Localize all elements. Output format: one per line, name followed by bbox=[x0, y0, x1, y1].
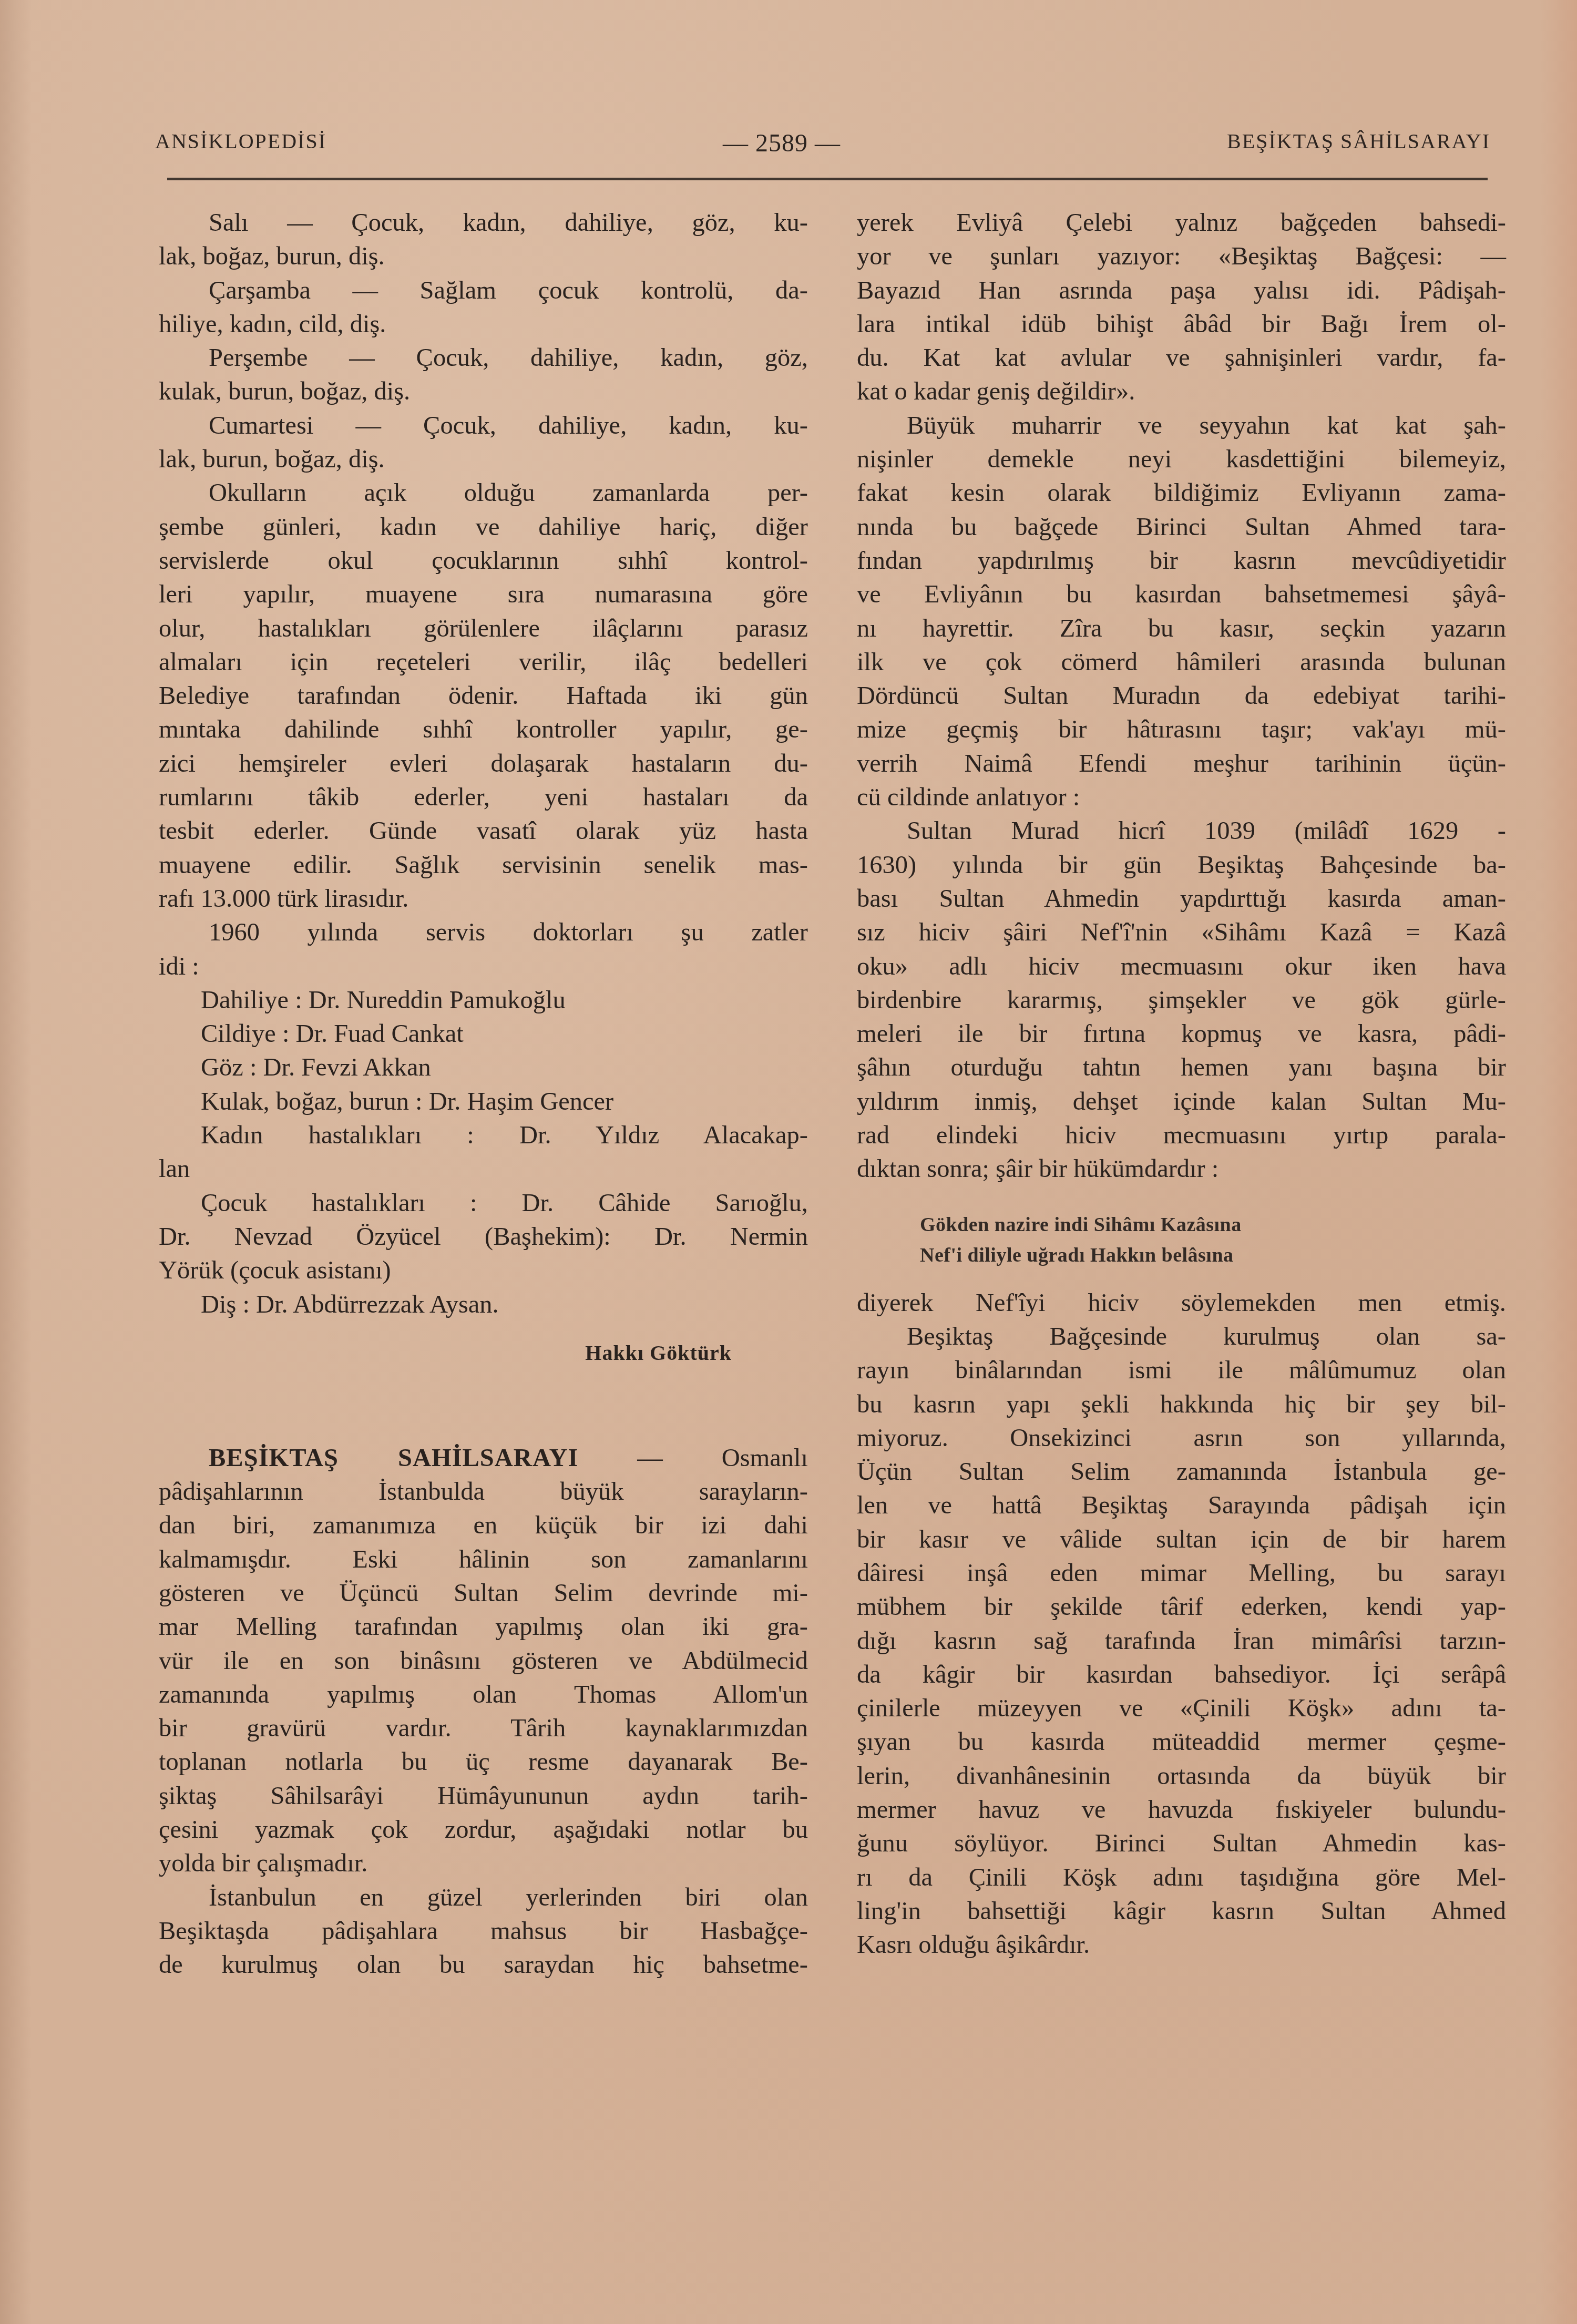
text-line: rumlarını tâkib ederler, yeni hastaları … bbox=[159, 781, 808, 814]
paragraph-school-checks: Okulların açık olduğu zamanlarda per- şe… bbox=[159, 476, 808, 916]
text-line: lara intikal idüb bihişt âbâd bir Bağı İ… bbox=[857, 308, 1506, 341]
text-line: Beşiktaşda pâdişahlara mahsus bir Hasbağ… bbox=[159, 1915, 808, 1948]
doctor-entry: Cildiye : Dr. Fuad Cankat bbox=[159, 1017, 808, 1051]
paragraph-sultan-murad: Sultan Murad hicrî 1039 (milâdî 1629 - 1… bbox=[857, 814, 1506, 1186]
doctor-entry-continued: Dr. Nevzad Özyücel (Başhekim): Dr. Nermi… bbox=[159, 1220, 808, 1254]
text-line: pâdişahlarının İstanbulda büyük saraylar… bbox=[159, 1475, 808, 1509]
text-line: ğunu söylüyor. Birinci Sultan Ahmedin ka… bbox=[857, 1827, 1506, 1860]
text-line: sız hiciv şâiri Nef'î'nin «Sihâmı Kazâ =… bbox=[857, 916, 1506, 949]
text-line: Cumartesi — Çocuk, dahiliye, kadın, ku- bbox=[159, 409, 808, 443]
doctor-entry: Diş : Dr. Abdürrezzak Aysan. bbox=[159, 1288, 808, 1322]
text-line: şâhın oturduğu tahtın hemen yanı başına … bbox=[857, 1051, 1506, 1084]
text-line: idi : bbox=[159, 950, 808, 984]
text-line: rı da Çinili Köşk adını taşıdığına göre … bbox=[857, 1861, 1506, 1895]
text-line: Sultan Murad hicrî 1039 (milâdî 1629 - bbox=[857, 814, 1506, 848]
text-line: fından yapdırılmış bir kasrın mevcûdiyet… bbox=[857, 544, 1506, 578]
text-line: şıyan bu kasırda müteaddid mermer çeşme- bbox=[857, 1725, 1506, 1759]
text-line: kalmamışdır. Eski hâlinin son zamanların… bbox=[159, 1543, 808, 1576]
text-line: rafı 13.000 türk lirasıdır. bbox=[159, 882, 808, 916]
text-line: şiktaş Sâhilsarâyi Hümâyununun aydın tar… bbox=[159, 1779, 808, 1813]
entry-besiktas-sahilsarayi: BEŞİKTAŞ SAHİLSARAYI — Osmanlı pâdişahla… bbox=[159, 1441, 808, 1881]
paragraph-author-comment: Büyük muharrir ve seyyahın kat kat şah- … bbox=[857, 409, 1506, 815]
paragraph-doctors-intro: 1960 yılında servis doktorları şu zatler… bbox=[159, 916, 808, 984]
text-line: leri yapılır, muayene sıra numarasına gö… bbox=[159, 578, 808, 611]
text-line: Beşiktaş Bağçesinde kurulmuş olan sa- bbox=[857, 1320, 1506, 1354]
text-line: toplanan notlarla bu üç resme dayanarak … bbox=[159, 1745, 808, 1779]
text-line: nişinler demekle neyi kasdettiğini bilem… bbox=[857, 443, 1506, 476]
entry-title: BEŞİKTAŞ SAHİLSARAYI bbox=[209, 1444, 578, 1472]
text-line: bu kasrın yapı şekli hakkında hiç bir şe… bbox=[857, 1388, 1506, 1421]
text-line: Dördüncü Sultan Muradın da edebiyat tari… bbox=[857, 679, 1506, 713]
page-number: — 2589 — bbox=[723, 129, 841, 158]
text-line: du. Kat kat avlular ve şahnişinleri vard… bbox=[857, 341, 1506, 375]
text-line: Kasrı olduğu âşikârdır. bbox=[857, 1928, 1506, 1962]
paragraph-melling: Beşiktaş Bağçesinde kurulmuş olan sa- ra… bbox=[857, 1320, 1506, 1962]
doctor-list: Dahiliye : Dr. Nureddin Pamukoğlu Cildiy… bbox=[159, 984, 808, 1322]
text-line: lak, boğaz, burun, diş. bbox=[159, 240, 808, 273]
text-line: yıldırım inmiş, dehşet içinde kalan Sult… bbox=[857, 1085, 1506, 1119]
entry-title-rest: — Osmanlı bbox=[578, 1444, 808, 1472]
text-line: oku» adlı hiciv mecmuasını okur iken hav… bbox=[857, 950, 1506, 984]
text-line: tesbit ederler. Günde vasatî olarak yüz … bbox=[159, 814, 808, 848]
verse-line: Gökden nazire indi Sihâmı Kazâsına bbox=[857, 1210, 1506, 1240]
text-line: Salı — Çocuk, kadın, dahiliye, göz, ku- bbox=[159, 206, 808, 240]
text-line: 1960 yılında servis doktorları şu zatler bbox=[159, 916, 808, 949]
text-line: mermer havuz ve havuzda fıskiyeler bulun… bbox=[857, 1793, 1506, 1827]
text-line: vür ile en son binâsını gösteren ve Abdü… bbox=[159, 1644, 808, 1678]
text-line: yor ve şunları yazıyor: «Beşiktaş Bağçes… bbox=[857, 240, 1506, 273]
text-line: almaları için reçeteleri verilir, ilâç b… bbox=[159, 646, 808, 679]
text-line: Büyük muharrir ve seyyahın kat kat şah- bbox=[857, 409, 1506, 443]
entry-first-line: BEŞİKTAŞ SAHİLSARAYI — Osmanlı bbox=[159, 1441, 808, 1475]
paragraph-istanbul: İstanbulun en güzel yerlerinden biri ola… bbox=[159, 1881, 808, 1982]
text-line: kulak, burun, boğaz, diş. bbox=[159, 375, 808, 408]
doctor-entry-continued: Yörük (çocuk asistanı) bbox=[159, 1254, 808, 1287]
clinic-schedule: Salı — Çocuk, kadın, dahiliye, göz, ku- … bbox=[159, 206, 808, 476]
text-line: Perşembe — Çocuk, dahiliye, kadın, göz, bbox=[159, 341, 808, 375]
text-line: ilk ve çok cömerd hâmileri arasında bulu… bbox=[857, 646, 1506, 679]
text-line: çinilerle müzeyyen ve «Çinili Köşk» adın… bbox=[857, 1692, 1506, 1725]
text-line: zamanında yapılmış olan Thomas Allom'un bbox=[159, 1678, 808, 1712]
text-line: rayın binâlarından ismi ile mâlûmumuz ol… bbox=[857, 1354, 1506, 1387]
text-line: servislerde okul çocuklarının sıhhî kont… bbox=[159, 544, 808, 578]
encyclopedia-page: ANSİKLOPEDİSİ — 2589 — BEŞİKTAŞ SÂHİLSAR… bbox=[0, 0, 1577, 2324]
text-line: yolda bir çalışmadır. bbox=[159, 1847, 808, 1880]
verse-couplet: Gökden nazire indi Sihâmı Kazâsına Nef'i… bbox=[857, 1210, 1506, 1271]
text-line: dıktan sonra; şâir bir hükümdardır : bbox=[857, 1152, 1506, 1186]
text-line: fakat kesin olarak bildiğimiz Evliyanın … bbox=[857, 476, 1506, 510]
right-column: yerek Evliyâ Çelebi yalnız bağçeden bahs… bbox=[857, 206, 1506, 1962]
text-line: zici hemşireler evleri dolaşarak hastala… bbox=[159, 747, 808, 781]
text-line: meleri ile bir fırtına kopmuş ve kasra, … bbox=[857, 1017, 1506, 1051]
text-line: yerek Evliyâ Çelebi yalnız bağçeden bahs… bbox=[857, 206, 1506, 240]
text-line: Çarşamba — Sağlam çocuk kontrolü, da- bbox=[159, 274, 808, 308]
text-line: de kurulmuş olan bu saraydan hiç bahsetm… bbox=[159, 1948, 808, 1982]
text-line: ve Evliyânın bu kasırdan bahsetmemesi şâ… bbox=[857, 578, 1506, 611]
text-line: nı hayrettir. Zîra bu kasır, seçkin yaza… bbox=[857, 612, 1506, 646]
text-line: hiliye, kadın, cild, diş. bbox=[159, 308, 808, 341]
doctor-entry: Dahiliye : Dr. Nureddin Pamukoğlu bbox=[159, 984, 808, 1017]
doctor-entry: Kadın hastalıkları : Dr. Yıldız Alacakap… bbox=[159, 1119, 808, 1152]
text-line: rad elindeki hiciv mecmuasını yırtıp par… bbox=[857, 1119, 1506, 1152]
text-line: şembe günleri, kadın ve dahiliye hariç, … bbox=[159, 510, 808, 544]
verse-line: Nef'i diliyle uğradı Hakkın belâsına bbox=[857, 1240, 1506, 1271]
text-line: çesini yazmak çok zordur, aşağıdaki notl… bbox=[159, 1813, 808, 1847]
header-entry-title: BEŞİKTAŞ SÂHİLSARAYI bbox=[1227, 129, 1490, 153]
doctor-entry: Çocuk hastalıkları : Dr. Câhide Sarıoğlu… bbox=[159, 1186, 808, 1220]
text-line: cü cildinde anlatıyor : bbox=[857, 781, 1506, 814]
text-line: Belediye tarafından ödenir. Haftada iki … bbox=[159, 679, 808, 713]
paragraph-evliya-quote: yerek Evliyâ Çelebi yalnız bağçeden bahs… bbox=[857, 206, 1506, 409]
text-line: 1630) yılında bir gün Beşiktaş Bahçesind… bbox=[857, 848, 1506, 882]
text-line: bir gravürü vardır. Târih kaynaklarımızd… bbox=[159, 1712, 808, 1745]
text-line: kat o kadar geniş değildir». bbox=[857, 375, 1506, 408]
text-line: Bayazıd Han asrında paşa yalısı idi. Pâd… bbox=[857, 274, 1506, 308]
doctor-entry: Kulak, boğaz, burun : Dr. Haşim Gencer bbox=[159, 1085, 808, 1119]
doctor-entry: Göz : Dr. Fevzi Akkan bbox=[159, 1051, 808, 1084]
text-line: nında bu bağçede Birinci Sultan Ahmed ta… bbox=[857, 510, 1506, 544]
text-line: lak, burun, boğaz, diş. bbox=[159, 443, 808, 476]
text-line: bası Sultan Ahmedin yapdırttığı kasırda … bbox=[857, 882, 1506, 916]
text-line: mıntaka dahilinde sıhhî kontroller yapıl… bbox=[159, 713, 808, 746]
text-line: mize geçmiş bir hâtırasını taşır; vak'ay… bbox=[857, 713, 1506, 746]
text-line-after-verse: diyerek Nef'îyi hiciv söylemekden men et… bbox=[857, 1286, 1506, 1320]
text-line: da kâgir bir kasırdan bahsediyor. İçi se… bbox=[857, 1658, 1506, 1692]
text-line: olur, hastalıkları görülenlere ilâçların… bbox=[159, 612, 808, 646]
text-line: İstanbulun en güzel yerlerinden biri ola… bbox=[159, 1881, 808, 1915]
left-column: Salı — Çocuk, kadın, dahiliye, göz, ku- … bbox=[159, 206, 808, 1982]
text-line: mübhem bir şekilde târif ederken, kendi … bbox=[857, 1590, 1506, 1624]
text-line: dâiresi inşâ eden mimar Melling, bu sara… bbox=[857, 1557, 1506, 1590]
text-line: ling'in bahsettiği kâgir kasrın Sultan A… bbox=[857, 1895, 1506, 1928]
author-byline: Hakkı Göktürk bbox=[159, 1336, 808, 1363]
text-line: verrih Naimâ Efendi meşhur tarihinin üçü… bbox=[857, 747, 1506, 781]
text-line: dan biri, zamanımıza en küçük bir izi da… bbox=[159, 1509, 808, 1542]
text-line: gösteren ve Üçüncü Sultan Selim devrinde… bbox=[159, 1576, 808, 1610]
header-encyclopedia-title: ANSİKLOPEDİSİ bbox=[155, 129, 326, 153]
text-line: Üçün Sultan Selim zamanında İstanbula ge… bbox=[857, 1455, 1506, 1489]
text-line: Okulların açık olduğu zamanlarda per- bbox=[159, 476, 808, 510]
header-rule bbox=[167, 178, 1488, 180]
text-line: len ve hattâ Beşiktaş Sarayında pâdişah … bbox=[857, 1489, 1506, 1522]
running-header: ANSİKLOPEDİSİ — 2589 — BEŞİKTAŞ SÂHİLSAR… bbox=[155, 129, 1490, 166]
text-line: miyoruz. Onsekizinci asrın son yıllarınd… bbox=[857, 1421, 1506, 1455]
text-line: birdenbire kararmış, şimşekler ve gök gü… bbox=[857, 984, 1506, 1017]
text-line: muayene edilir. Sağlık servisinin seneli… bbox=[159, 848, 808, 882]
text-line: lerin, divanhânesinin ortasında da büyük… bbox=[857, 1759, 1506, 1793]
doctor-entry-continued: lan bbox=[159, 1152, 808, 1186]
text-line: dığı kasrın sağ tarafında İran mimârîsi … bbox=[857, 1624, 1506, 1658]
text-line: mar Melling tarafından yapılmış olan iki… bbox=[159, 1610, 808, 1644]
text-line: bir kasır ve vâlide sultan için de bir h… bbox=[857, 1523, 1506, 1557]
